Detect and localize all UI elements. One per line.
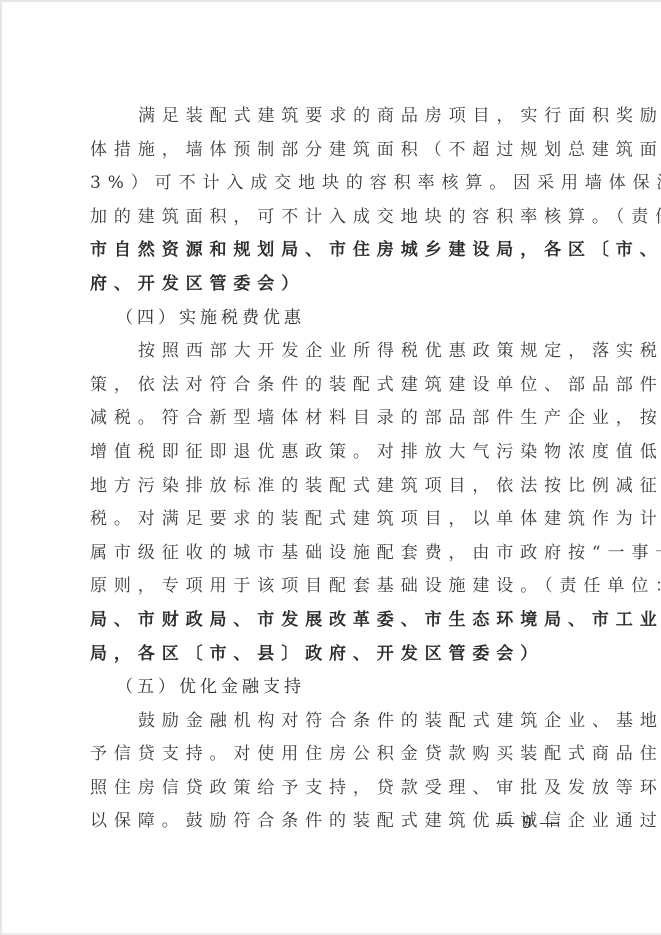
text-line: 体措施，墙体预制部分建筑面积（不超过规划总建筑面积的 — [90, 134, 582, 168]
section-heading-financial-support: （五）优化金融支持 — [90, 671, 582, 705]
responsible-units-line: 市自然资源和规划局、市住房城乡建设局，各区〔市、县〕政 — [90, 234, 582, 268]
page-number: — 9 — — [496, 812, 560, 833]
text-line: 按照西部大开发企业所得税优惠政策规定，落实税收优惠政 — [90, 335, 582, 369]
text-line: 照住房信贷政策给予支持，贷款受理、审批及发放等环节优先予 — [90, 772, 582, 806]
text-line: 3%）可不计入成交地块的容积率核算。因采用墙体保温技术增 — [90, 167, 582, 201]
responsible-units-line: 局、市财政局、市发展改革委、市生态环境局、市工业和信息化 — [90, 604, 582, 638]
text-line: 策，依法对符合条件的装配式建筑建设单位、部品部件生产企业 — [90, 369, 582, 403]
text-line: 增值税即征即退优惠政策。对排放大气污染物浓度值低于国家和 — [90, 436, 582, 470]
text-line: 减税。符合新型墙体材料目录的部品部件生产企业，按规定享受 — [90, 402, 582, 436]
text-line: 税。对满足要求的装配式建筑项目，以单体建筑作为计算单元， — [90, 503, 582, 537]
text-line: 予信贷支持。对使用住房公积金贷款购买装配式商品住房的，按 — [90, 738, 582, 772]
text-line: 地方污染排放标准的装配式建筑项目，依法按比例减征环境保护 — [90, 470, 582, 504]
text-line: 原则，专项用于该项目配套基础设施建设。（责任单位：市税务 — [90, 570, 582, 604]
document-page: 满足装配式建筑要求的商品房项目，实行面积奖励并细化具 体措施，墙体预制部分建筑面… — [0, 0, 661, 935]
document-body: 满足装配式建筑要求的商品房项目，实行面积奖励并细化具 体措施，墙体预制部分建筑面… — [90, 100, 582, 839]
text-line: 满足装配式建筑要求的商品房项目，实行面积奖励并细化具 — [90, 100, 582, 134]
text-line: 加的建筑面积，可不计入成交地块的容积率核算。（责任单位： — [90, 201, 582, 235]
text-line: 鼓励金融机构对符合条件的装配式建筑企业、基地和项目给 — [90, 705, 582, 739]
responsible-units-line: 府、开发区管委会） — [90, 268, 582, 302]
section-heading-tax-incentives: （四）实施税费优惠 — [90, 302, 582, 336]
text-line: 属市级征收的城市基础设施配套费，由市政府按“一事一议” — [90, 537, 582, 571]
responsible-units-line: 局，各区〔市、县〕政府、开发区管委会） — [90, 638, 582, 672]
